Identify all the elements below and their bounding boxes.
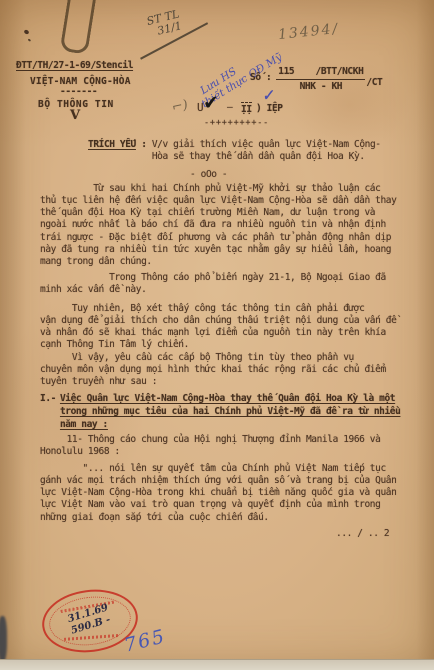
plus-divider: -++++++++-- bbox=[204, 117, 269, 129]
left-edge-smudge bbox=[0, 616, 7, 662]
bold-checkmark: ✔ bbox=[202, 91, 219, 114]
doc-number-label: Số : bbox=[250, 72, 271, 84]
pencil-bracket: ⌐) bbox=[171, 98, 190, 116]
doc-number-numerator: 115 /BTT/NCKH bbox=[276, 66, 365, 80]
paperclip-mark bbox=[60, 0, 97, 55]
page-continuation-marker: ... / .. 2 bbox=[336, 528, 389, 540]
subject-text: V/v giải thích việc quân lực Việt-Nam Cộ… bbox=[152, 139, 381, 163]
ink-blot bbox=[23, 29, 29, 35]
quote-paragraph: "... nói lên sự quyết tâm của Chính phủ … bbox=[40, 463, 396, 524]
section1-block: I.- Việc Quân lực Việt-Nam Cộng-Hòa thay… bbox=[40, 392, 400, 432]
typed-ii-mark: ỊỊ bbox=[241, 102, 252, 116]
typed-dash-mark: — bbox=[227, 102, 232, 114]
pencil-annotation-date: ST TL 31/1 bbox=[146, 8, 184, 39]
ministry-numeral: V bbox=[70, 110, 80, 122]
typed-iep-mark: ) IỆP bbox=[256, 103, 283, 115]
stencil-reference: ĐTT/TH/27-1-69/Stencil bbox=[16, 60, 133, 72]
section1-marker: I.- bbox=[40, 392, 56, 405]
subject-colon: : bbox=[136, 139, 152, 151]
bottom-scan-strip bbox=[0, 659, 434, 670]
pencil-number-annotation: 13494/ bbox=[277, 21, 340, 43]
paragraph-2: Trong Thông cáo phổ biến ngày 21-1, Bộ N… bbox=[40, 272, 386, 296]
section1-heading: Việc Quân lực Việt-Nam Cộng-Hòa thay thế… bbox=[60, 392, 400, 432]
doc-number-block: Số : 115 /BTT/NCKH NHK - KH /CT bbox=[250, 66, 382, 93]
paragraph-3: Tuy nhiên, Bộ xét thấy công tác thông ti… bbox=[40, 303, 396, 352]
doc-number-denominator: NHK - KH bbox=[276, 80, 365, 93]
paragraph-4: Vì vậy, yêu cầu các cấp bộ Thông tin tùy… bbox=[40, 352, 386, 388]
paragraph-1: Từ sau khi hai Chính phủ Việt-Mỹ khởi sự… bbox=[40, 183, 396, 268]
subsection-11: 11- Thông cáo chung của Hội nghị Thượng … bbox=[40, 434, 380, 458]
divider-dashes: ------- bbox=[60, 86, 97, 98]
doc-number-suffix: /CT bbox=[366, 77, 382, 89]
paper-sheet: ST TL 31/1 13494/ ĐTT/TH/27-1-69/Stencil… bbox=[0, 0, 434, 670]
doc-number-fraction: 115 /BTT/NCKH NHK - KH bbox=[276, 66, 365, 93]
subject-block: TRÍCH YẾU : V/v giải thích việc quân lực… bbox=[88, 139, 381, 163]
subject-label: TRÍCH YẾU bbox=[88, 139, 136, 151]
ooo-divider: - oOo - bbox=[190, 169, 227, 181]
